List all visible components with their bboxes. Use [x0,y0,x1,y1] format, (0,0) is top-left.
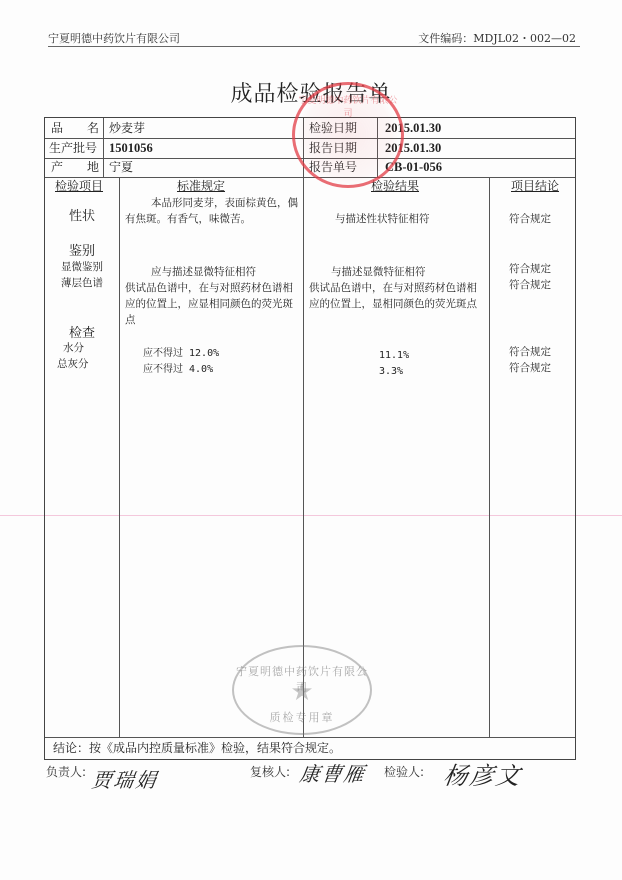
moisture-conclusion: 符合规定 [509,344,551,360]
microscopic-conclusion: 符合规定 [509,261,551,277]
moisture-name: 水分 [63,340,84,356]
appearance-result: 与描述性状特征相符 [335,211,430,227]
report-no-label: 报告单号 [309,158,357,177]
ash-result: 3.3% [379,364,403,380]
microscopic-name: 显微鉴别 [61,259,103,275]
appearance-standard-line1: 本品形同麦芽，表面棕黄色，偶 [151,195,298,211]
responsible-label: 负责人: [46,763,86,780]
tlc-result-line1: 供试品色谱中，在与对照药材色谱相 [309,280,477,296]
row-divider [45,177,575,178]
reviewer-signature: 康曹雁 [298,758,368,787]
ash-standard: 应不得过 4.0% [143,362,213,378]
inspect-date-value: 2015.01.30 [385,119,441,138]
column-header-standard: 标准规定 [177,177,225,196]
final-conclusion: 结论：按《成品内控质量标准》检验，结果符合规定。 [53,739,341,758]
report-no-value: CB-01-056 [385,158,442,177]
row-divider [45,737,575,738]
col-divider [303,118,304,177]
tlc-name: 薄层色谱 [61,275,103,291]
batch-label: 生产批号 [49,139,97,158]
report-table: 品 名 炒麦芽 生产批号 1501056 产 地 宁夏 检验日期 2015.01… [44,117,576,760]
document-code: 文件编码：MDJL02・002—02 [418,30,576,46]
appearance-standard-line2: 有焦斑。有香气，味微苦。 [125,211,251,227]
col-divider [303,177,304,737]
company-name: 宁夏明德中药饮片有限公司 [48,30,180,46]
tlc-standard-line2: 应的位置上，应显相同颜色的荧光斑 [125,296,293,312]
batch-value: 1501056 [109,139,153,158]
product-name-value: 炒麦芽 [109,119,145,138]
moisture-standard: 应不得过 12.0% [143,346,219,362]
inspector-label: 检验人: [384,763,424,780]
ash-conclusion: 符合规定 [509,360,551,376]
col-divider [119,177,120,737]
microscopic-result: 与描述显微特征相符 [331,264,426,280]
microscopic-standard: 应与描述显微特征相符 [151,264,256,280]
ash-name: 总灰分 [57,356,89,372]
column-header-result: 检验结果 [371,177,419,196]
responsible-signature: 贾瑞娟 [90,764,160,793]
tlc-standard-line1: 供试品色谱中，在与对照药材色谱相 [125,280,293,296]
document-code-value: MDJL02・002—02 [473,32,576,45]
column-header-conclusion: 项目结论 [511,177,559,196]
origin-label: 产 地 [51,158,99,177]
report-date-value: 2015.01.30 [385,139,441,158]
header-divider [48,46,580,47]
appearance-conclusion: 符合规定 [509,211,551,227]
moisture-result: 11.1% [379,348,409,364]
reviewer-label: 复核人: [250,763,290,780]
report-date-label: 报告日期 [309,139,357,158]
inspect-date-label: 检验日期 [309,119,357,138]
inspector-signature: 杨彦文 [442,756,525,791]
report-title: 成品检验报告单 [0,77,622,108]
tlc-conclusion: 符合规定 [509,277,551,293]
tlc-result-line2: 应的位置上，显相同颜色的荧光斑点 [309,296,477,312]
col-divider [489,177,490,737]
origin-value: 宁夏 [109,158,133,177]
col-divider [103,118,104,177]
document-code-label: 文件编码： [418,32,473,45]
tlc-standard-line3: 点 [125,312,136,328]
product-name-label: 品 名 [51,119,99,138]
column-header-item: 检验项目 [55,177,103,196]
section-appearance-title: 性状 [69,207,95,226]
col-divider [377,118,378,177]
